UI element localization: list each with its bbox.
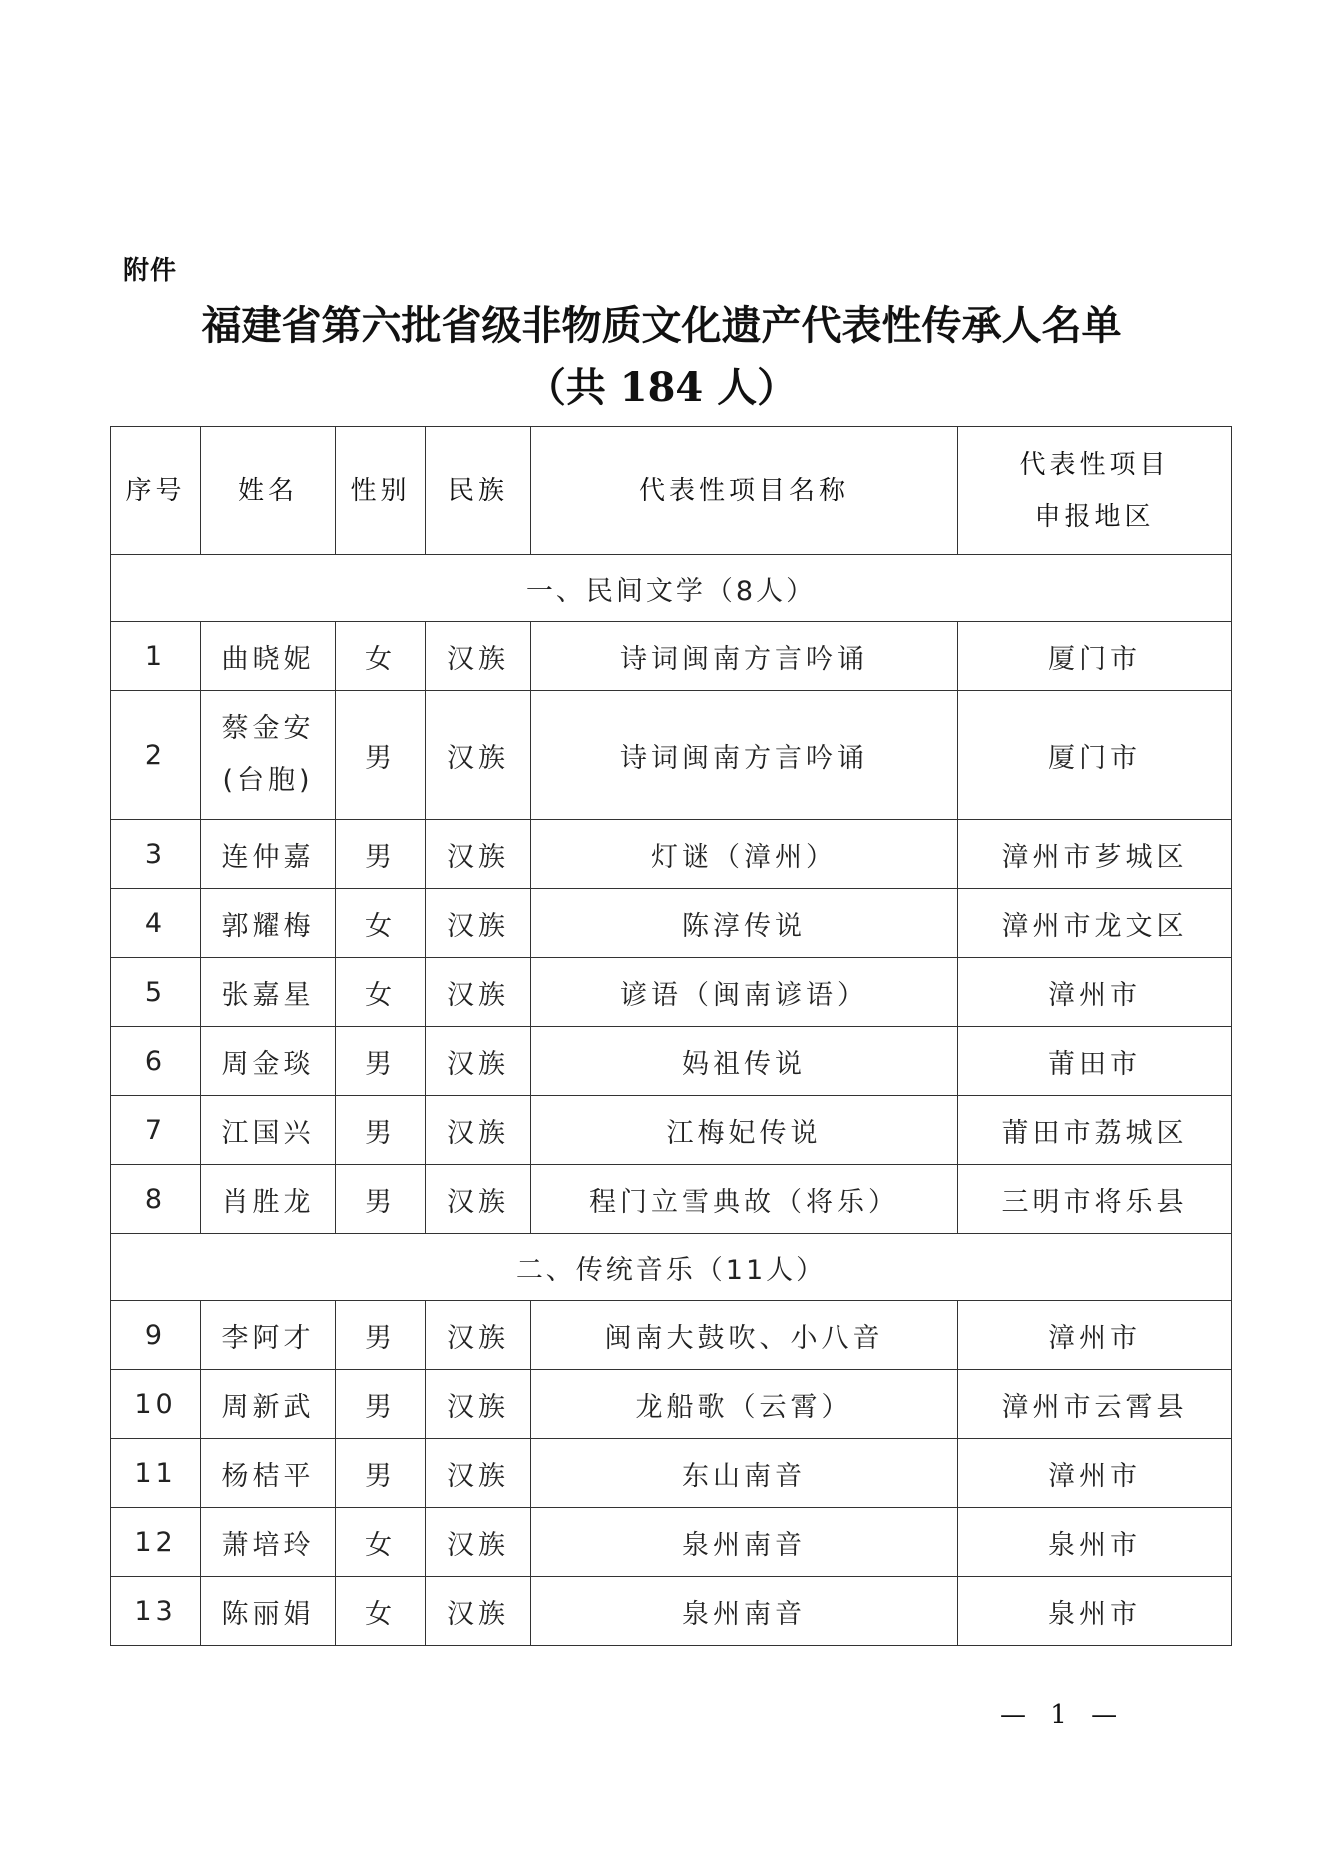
- cell-ethnicity: 汉族: [426, 1577, 531, 1646]
- table-row: 8 肖胜龙 男 汉族 程门立雪典故（将乐） 三明市将乐县: [111, 1165, 1232, 1234]
- cell-project: 谚语（闽南谚语）: [531, 958, 958, 1027]
- cell-region: 泉州市: [958, 1577, 1232, 1646]
- table-row: 5 张嘉星 女 汉族 谚语（闽南谚语） 漳州市: [111, 958, 1232, 1027]
- cell-region: 三明市将乐县: [958, 1165, 1232, 1234]
- cell-name: 郭耀梅: [201, 889, 336, 958]
- header-region: 代表性项目 申报地区: [958, 427, 1232, 555]
- page-number: — 1 —: [1000, 1700, 1125, 1730]
- cell-project: 泉州南音: [531, 1577, 958, 1646]
- cell-index: 6: [111, 1027, 201, 1096]
- header-ethnicity: 民族: [426, 427, 531, 555]
- cell-region: 漳州市芗城区: [958, 820, 1232, 889]
- cell-name: 蔡金安 (台胞): [201, 691, 336, 820]
- inheritor-table: 序号 姓名 性别 民族 代表性项目名称 代表性项目 申报地区 一、民间文学（8人…: [110, 426, 1232, 1646]
- cell-region: 漳州市: [958, 1439, 1232, 1508]
- cell-region: 莆田市荔城区: [958, 1096, 1232, 1165]
- cell-index: 10: [111, 1370, 201, 1439]
- cell-region: 漳州市云霄县: [958, 1370, 1232, 1439]
- cell-index: 5: [111, 958, 201, 1027]
- cell-index: 13: [111, 1577, 201, 1646]
- cell-name: 周金琰: [201, 1027, 336, 1096]
- table-row: 10 周新武 男 汉族 龙船歌（云霄） 漳州市云霄县: [111, 1370, 1232, 1439]
- section-title: 一、民间文学（8人）: [111, 555, 1232, 622]
- cell-name: 江国兴: [201, 1096, 336, 1165]
- cell-region: 漳州市: [958, 1301, 1232, 1370]
- table-row: 4 郭耀梅 女 汉族 陈淳传说 漳州市龙文区: [111, 889, 1232, 958]
- header-gender: 性别: [336, 427, 426, 555]
- cell-index: 8: [111, 1165, 201, 1234]
- cell-gender: 女: [336, 958, 426, 1027]
- cell-index: 2: [111, 691, 201, 820]
- table-row: 11 杨桔平 男 汉族 东山南音 漳州市: [111, 1439, 1232, 1508]
- cell-region: 厦门市: [958, 691, 1232, 820]
- cell-project: 诗词闽南方言吟诵: [531, 691, 958, 820]
- cell-index: 3: [111, 820, 201, 889]
- cell-name: 张嘉星: [201, 958, 336, 1027]
- cell-gender: 男: [336, 691, 426, 820]
- cell-project: 程门立雪典故（将乐）: [531, 1165, 958, 1234]
- cell-gender: 男: [336, 1370, 426, 1439]
- cell-name: 杨桔平: [201, 1439, 336, 1508]
- cell-project: 东山南音: [531, 1439, 958, 1508]
- cell-ethnicity: 汉族: [426, 958, 531, 1027]
- table-row: 13 陈丽娟 女 汉族 泉州南音 泉州市: [111, 1577, 1232, 1646]
- document-subtitle: （共 184 人）: [0, 364, 1323, 412]
- table-row: 9 李阿才 男 汉族 闽南大鼓吹、小八音 漳州市: [111, 1301, 1232, 1370]
- cell-index: 9: [111, 1301, 201, 1370]
- cell-gender: 男: [336, 820, 426, 889]
- cell-name: 连仲嘉: [201, 820, 336, 889]
- cell-ethnicity: 汉族: [426, 1027, 531, 1096]
- cell-gender: 女: [336, 1508, 426, 1577]
- cell-region: 漳州市: [958, 958, 1232, 1027]
- table-row: 12 萧培玲 女 汉族 泉州南音 泉州市: [111, 1508, 1232, 1577]
- cell-index: 4: [111, 889, 201, 958]
- cell-gender: 男: [336, 1027, 426, 1096]
- cell-project: 陈淳传说: [531, 889, 958, 958]
- cell-gender: 男: [336, 1439, 426, 1508]
- cell-index: 7: [111, 1096, 201, 1165]
- header-region-line1: 代表性项目: [958, 439, 1231, 491]
- table-row: 6 周金琰 男 汉族 妈祖传说 莆田市: [111, 1027, 1232, 1096]
- table-row: 2 蔡金安 (台胞) 男 汉族 诗词闽南方言吟诵 厦门市: [111, 691, 1232, 820]
- cell-gender: 男: [336, 1301, 426, 1370]
- cell-project: 闽南大鼓吹、小八音: [531, 1301, 958, 1370]
- cell-name-main: 蔡金安: [201, 703, 335, 755]
- cell-ethnicity: 汉族: [426, 1508, 531, 1577]
- cell-gender: 女: [336, 622, 426, 691]
- attachment-label: 附件: [123, 250, 177, 287]
- cell-name: 肖胜龙: [201, 1165, 336, 1234]
- cell-ethnicity: 汉族: [426, 1370, 531, 1439]
- header-name: 姓名: [201, 427, 336, 555]
- cell-ethnicity: 汉族: [426, 1165, 531, 1234]
- cell-name: 陈丽娟: [201, 1577, 336, 1646]
- cell-name: 李阿才: [201, 1301, 336, 1370]
- cell-region: 厦门市: [958, 622, 1232, 691]
- cell-region: 泉州市: [958, 1508, 1232, 1577]
- table-row: 3 连仲嘉 男 汉族 灯谜（漳州） 漳州市芗城区: [111, 820, 1232, 889]
- cell-project: 诗词闽南方言吟诵: [531, 622, 958, 691]
- cell-project: 泉州南音: [531, 1508, 958, 1577]
- cell-region: 莆田市: [958, 1027, 1232, 1096]
- document-title: 福建省第六批省级非物质文化遗产代表性传承人名单: [0, 302, 1323, 350]
- table-row: 1 曲晓妮 女 汉族 诗词闽南方言吟诵 厦门市: [111, 622, 1232, 691]
- cell-project: 龙船歌（云霄）: [531, 1370, 958, 1439]
- cell-name: 曲晓妮: [201, 622, 336, 691]
- cell-index: 11: [111, 1439, 201, 1508]
- header-project: 代表性项目名称: [531, 427, 958, 555]
- cell-ethnicity: 汉族: [426, 820, 531, 889]
- cell-ethnicity: 汉族: [426, 1301, 531, 1370]
- cell-index: 1: [111, 622, 201, 691]
- cell-ethnicity: 汉族: [426, 889, 531, 958]
- cell-gender: 女: [336, 889, 426, 958]
- cell-name: 萧培玲: [201, 1508, 336, 1577]
- cell-project: 灯谜（漳州）: [531, 820, 958, 889]
- section-title: 二、传统音乐（11人）: [111, 1234, 1232, 1301]
- header-index: 序号: [111, 427, 201, 555]
- section-row: 二、传统音乐（11人）: [111, 1234, 1232, 1301]
- cell-name-note: (台胞): [201, 755, 335, 807]
- cell-ethnicity: 汉族: [426, 1096, 531, 1165]
- cell-gender: 男: [336, 1096, 426, 1165]
- cell-project: 江梅妃传说: [531, 1096, 958, 1165]
- cell-gender: 男: [336, 1165, 426, 1234]
- cell-ethnicity: 汉族: [426, 1439, 531, 1508]
- section-row: 一、民间文学（8人）: [111, 555, 1232, 622]
- cell-index: 12: [111, 1508, 201, 1577]
- cell-project: 妈祖传说: [531, 1027, 958, 1096]
- cell-region: 漳州市龙文区: [958, 889, 1232, 958]
- table-row: 7 江国兴 男 汉族 江梅妃传说 莆田市荔城区: [111, 1096, 1232, 1165]
- cell-gender: 女: [336, 1577, 426, 1646]
- cell-ethnicity: 汉族: [426, 691, 531, 820]
- header-region-line2: 申报地区: [958, 491, 1231, 543]
- table-header-row: 序号 姓名 性别 民族 代表性项目名称 代表性项目 申报地区: [111, 427, 1232, 555]
- cell-name: 周新武: [201, 1370, 336, 1439]
- cell-ethnicity: 汉族: [426, 622, 531, 691]
